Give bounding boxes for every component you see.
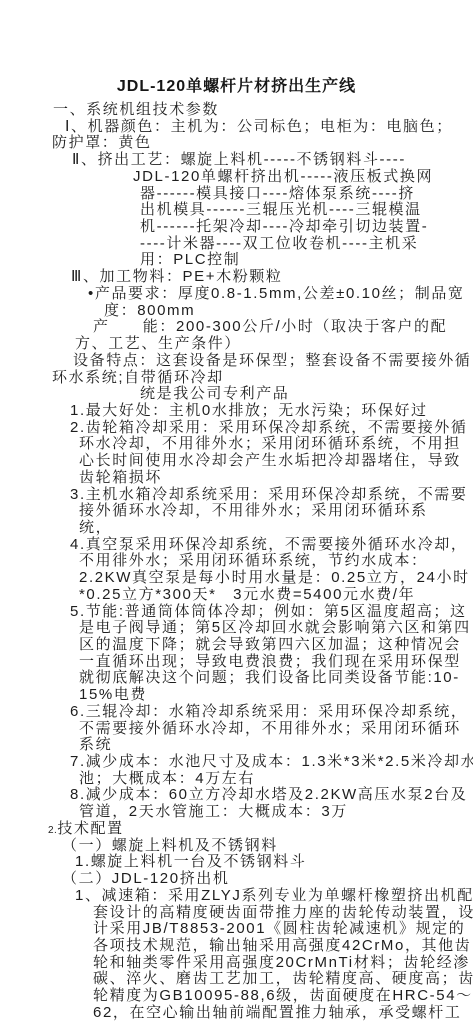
text-line: 8.减少成本：60立方冷却水塔及2.2KW高压水泵2台及 [70,787,473,804]
line-text: 一直循环出现；导致电费浪费；我们现在采用环保型 [79,653,461,670]
text-line: 1、减速箱：采用ZLYJ系列专业为单螺杆橡塑挤出机配 [75,888,473,905]
text-line: 系统 [79,737,473,754]
text-line: Ⅱ、挤出工艺：螺旋上料机-----不锈钢料斗---- [72,152,473,169]
line-text: 统， [79,519,112,536]
line-text: 15%电费 [79,686,147,703]
text-line: 统， [79,520,473,537]
text-line: 用：PLC控制 [140,252,473,269]
line-text: （一）螺旋上料机及不锈钢料 [62,837,278,854]
line-text: 接外循环水冷却，不用徘外水；采用闭环循环系 [79,502,428,519]
text-line: （二）JDL-120挤出机 [62,871,473,888]
text-line: 3.主机水箱冷却系统采用：采用环保冷却系统，不需要 [70,487,473,504]
line-text: 1、减速箱：采用ZLYJ系列专业为单螺杆橡塑挤出机配 [75,887,473,904]
text-line: 一、系统机组技术参数 [53,102,473,119]
line-text: 套设计的高精度硬齿面带推力座的齿轮传动装置，设 [93,904,473,921]
text-line: 7.减少成本：水池尺寸及成本：1.3米*3米*2.5米冷却水 [70,754,473,771]
line-text: 2.2KW真空泵是每小时用水量是：0.25立方，24小时 [79,569,470,586]
text-line: 6.三辊冷却：水箱冷却系统采用：采用环保冷却系统， [70,704,473,721]
line-text: 心长时间使用水冷却会产生水垢把冷却器堵住，导致 [79,452,461,469]
line-text: 62，在空心输出轴前端配置推力轴承，承受螺杆工 [93,1004,462,1021]
line-text: 碳、淬火、磨齿工艺加工，齿轮精度高、硬度高；齿 [93,970,473,987]
text-line: 就彻底解决这个问题；我们设备比同类设备节能:10- [79,670,473,687]
line-text: Ⅰ、机器颜色：主机为：公司标色；电柜为：电脑色； [65,118,453,135]
line-text: 各项技术规范，输出轴采用高强度42CrMo，其他齿 [93,937,471,954]
text-line: 产 能：200-300公斤/小时（取决于客户的配 [93,319,473,336]
line-text: 技术配置 [57,820,123,837]
text-line: 不需要接外循环水冷却，不用徘外水；采用闭环循环 [79,721,473,738]
text-line: 1.螺旋上料机一台及不锈钢料斗 [75,854,473,871]
line-text: 轮精度为GB10095-88,6级，齿面硬度在HRC-54～ [93,987,473,1004]
line-text: 用：PLC控制 [140,251,240,268]
text-line: •产品要求：厚度0.8-1.5mm,公差±0.10丝；制品宽 [88,286,473,303]
line-text: 5.节能:普通筒体筒体冷却；例如：第5区温度超高；这 [70,603,467,620]
line-text: 设备特点：这套设备是环保型；整套设备不需要接外循 [73,352,471,369]
text-line: 设备特点：这套设备是环保型；整套设备不需要接外循 [73,353,473,370]
text-line: 齿轮箱损坏 [79,470,473,487]
line-text: 防护罩：黄色 [52,134,152,151]
line-text: 1.螺旋上料机一台及不锈钢料斗 [75,853,307,870]
line-text: ----计米器----双工位收卷机----主机采 [140,235,418,252]
line-text: 统是我公司专利产品 [140,385,289,402]
document-body: 一、系统机组技术参数Ⅰ、机器颜色：主机为：公司标色；电柜为：电脑色；防护罩：黄色… [0,102,473,1022]
line-text: 6.三辊冷却：水箱冷却系统采用：采用环保冷却系统， [70,703,468,720]
text-line: JDL-120单螺杆挤出机-----液压板式换网 [133,169,473,186]
text-line: 池；大概成本：4万左右 [79,771,473,788]
line-text: 环水冷却，不用徘外水；采用闭环循环系统，不用担 [79,435,461,452]
line-small-prefix: 2. [48,825,57,836]
line-text: 不需要接外循环水冷却，不用徘外水；采用闭环循环 [79,720,461,737]
line-text: 计采用JB/T8853-2001《圆柱齿轮减速机》规定的 [93,920,465,937]
text-line: 是电子阀导通；第5区冷却回水就会影响第六区和第四 [79,620,473,637]
document-title: JDL-120单螺杆片材挤出生产线 [0,76,473,98]
line-text: 出机模具------三辊压光机----三辊模温 [140,201,422,218]
line-text: 1.最大好处：主机0水排放；无水污染；环保好过 [70,402,428,419]
text-line: 4.真空泵采用环保冷却系统，不需要接外循环水冷却， [70,537,473,554]
line-text: Ⅲ、加工物料：PE+木粉颗粒 [71,268,283,285]
line-text: 不用徘外水；采用闭环循环系统，节约水成本： [79,552,428,569]
line-text: 轮和轴类零件采用高强度20CrMnTi材料；齿轮经渗 [93,954,470,971]
text-line: 5.节能:普通筒体筒体冷却；例如：第5区温度超高；这 [70,604,473,621]
text-line: 器------模具接口----熔体泵系统----挤 [140,186,473,203]
text-line: 计采用JB/T8853-2001《圆柱齿轮减速机》规定的 [93,921,473,938]
text-line: 62，在空心输出轴前端配置推力轴承，承受螺杆工 [93,1005,473,1022]
text-line: （一）螺旋上料机及不锈钢料 [62,838,473,855]
line-text: JDL-120单螺杆挤出机-----液压板式换网 [133,168,433,185]
line-text: •产品要求：厚度0.8-1.5mm,公差±0.10丝；制品宽 [88,285,465,302]
line-text: 器------模具接口----熔体泵系统----挤 [140,185,415,202]
line-text: （二）JDL-120挤出机 [62,870,230,887]
text-line: 管道，2天水管施工：大概成本：3万 [79,804,473,821]
text-line: 不用徘外水；采用闭环循环系统，节约水成本： [79,553,473,570]
text-line: 套设计的高精度硬齿面带推力座的齿轮传动装置，设 [93,905,473,922]
text-line: 防护罩：黄色 [52,135,473,152]
text-line: ----计米器----双工位收卷机----主机采 [140,236,473,253]
text-line: 各项技术规范，输出轴采用高强度42CrMo，其他齿 [93,938,473,955]
line-text: 环水系统;自带循环冷却 [52,369,224,386]
text-line: 环水冷却，不用徘外水；采用闭环循环系统，不用担 [79,436,473,453]
text-line: 轮和轴类零件采用高强度20CrMnTi材料；齿轮经渗 [93,955,473,972]
line-text: 2.齿轮箱冷却采用：采用环保冷却系统，不需要接外循 [70,419,468,436]
text-line: 一直循环出现；导致电费浪费；我们现在采用环保型 [79,654,473,671]
text-line: 2.2KW真空泵是每小时用水量是：0.25立方，24小时 [79,570,473,587]
line-text: 方、工艺、生产条件） [75,335,241,352]
line-text: 管道，2天水管施工：大概成本：3万 [79,803,348,820]
line-text: 机------托架冷却----冷却牵引切边装置- [140,218,428,235]
text-line: Ⅲ、加工物料：PE+木粉颗粒 [71,269,473,286]
line-text: 是电子阀导通；第5区冷却回水就会影响第六区和第四 [79,619,471,636]
text-line: 方、工艺、生产条件） [75,336,473,353]
text-line: 心长时间使用水冷却会产生水垢把冷却器堵住，导致 [79,453,473,470]
line-text: 齿轮箱损坏 [79,469,162,486]
text-line: 区的温度下降；就会导致第四六区加温；这种情况会 [79,637,473,654]
line-text: 3.主机水箱冷却系统采用：采用环保冷却系统，不需要 [70,486,468,503]
line-text: 8.减少成本：60立方冷却水塔及2.2KW高压水泵2台及 [70,786,467,803]
text-line: 度：800mm [104,303,473,320]
text-line: 机------托架冷却----冷却牵引切边装置- [140,219,473,236]
text-line: 出机模具------三辊压光机----三辊模温 [140,202,473,219]
text-line: 环水系统;自带循环冷却 [52,370,473,387]
text-line: Ⅰ、机器颜色：主机为：公司标色；电柜为：电脑色； [65,119,473,136]
document-page: JDL-120单螺杆片材挤出生产线 一、系统机组技术参数Ⅰ、机器颜色：主机为：公… [0,0,473,1024]
line-text: 区的温度下降；就会导致第四六区加温；这种情况会 [79,636,461,653]
line-text: 系统 [79,736,112,753]
line-text: 4.真空泵采用环保冷却系统，不需要接外循环水冷却， [70,536,468,553]
text-line: 轮精度为GB10095-88,6级，齿面硬度在HRC-54～ [93,988,473,1005]
line-text: 一、系统机组技术参数 [53,101,219,118]
line-text: *0.25立方*300天* 3元水费=5400元水费/年 [79,586,415,603]
line-text: 度：800mm [104,302,195,319]
text-line: *0.25立方*300天* 3元水费=5400元水费/年 [79,587,473,604]
text-line: 2.齿轮箱冷却采用：采用环保冷却系统，不需要接外循 [70,420,473,437]
text-line: 1.最大好处：主机0水排放；无水污染；环保好过 [70,403,473,420]
text-line: 15%电费 [79,687,473,704]
text-line: 统是我公司专利产品 [140,386,473,403]
line-text: 产 能：200-300公斤/小时（取决于客户的配 [93,318,447,335]
text-line: 接外循环水冷却，不用徘外水；采用闭环循环系 [79,503,473,520]
text-line: 碳、淬火、磨齿工艺加工，齿轮精度高、硬度高；齿 [93,971,473,988]
text-line: 2.技术配置 [48,821,473,838]
line-text: 7.减少成本：水池尺寸及成本：1.3米*3米*2.5米冷却水 [70,753,473,770]
line-text: Ⅱ、挤出工艺：螺旋上料机-----不锈钢料斗---- [72,151,406,168]
line-text: 就彻底解决这个问题；我们设备比同类设备节能:10- [79,669,460,686]
line-text: 池；大概成本：4万左右 [79,770,255,787]
